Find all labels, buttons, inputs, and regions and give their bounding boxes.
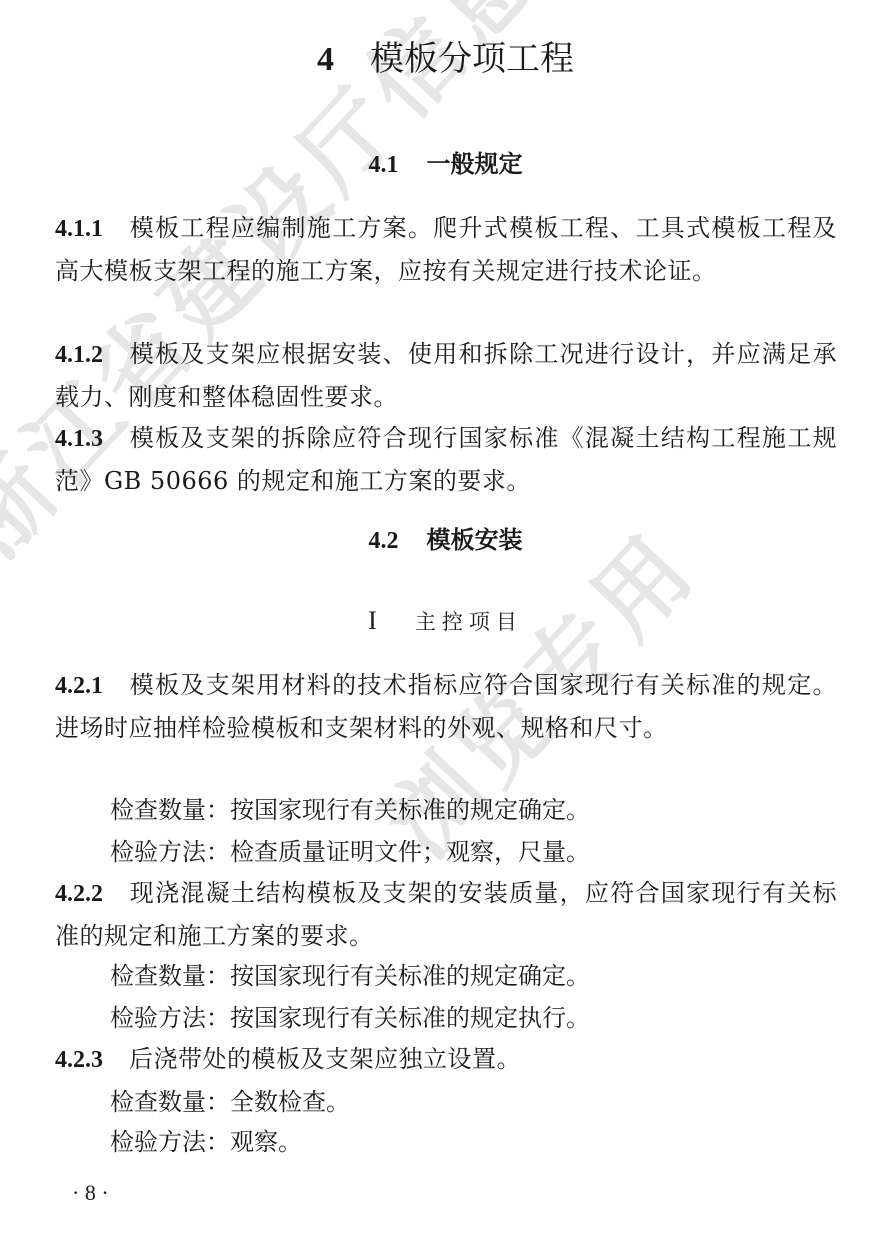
section-title-text: 模板安装 [427, 525, 523, 554]
clause-text: 现浇混凝土结构模板及支架的安装质量，应符合国家现行有关标准的规定和施工方案的要求… [55, 879, 837, 950]
chapter-number: 4 [317, 41, 334, 78]
document-page: 4模板分项工程 4.1一般规定 4.1.1模板工程应编制施工方案。爬升式模板工程… [0, 0, 891, 1258]
clause-text: 模板及支架应根据安装、使用和拆除工况进行设计，并应满足承载力、刚度和整体稳固性要… [55, 340, 837, 411]
chapter-title-text: 模板分项工程 [370, 39, 574, 79]
section-title-text: 一般规定 [427, 149, 523, 178]
subsection-title-main-control: I主控项目 [0, 604, 891, 639]
check-quantity-4-2-3: 检查数量：全数检查。 [110, 1082, 350, 1122]
section-number: 4.1 [369, 152, 399, 178]
clause-text: 模板及支架的拆除应符合现行国家标准《混凝土结构工程施工规范》GB 50666 的… [55, 424, 837, 495]
clause-text: 模板工程应编制施工方案。爬升式模板工程、工具式模板工程及高大模板支架工程的施工方… [55, 214, 837, 285]
clause-4-2-1: 4.2.1模板及支架用材料的技术指标应符合国家现行有关标准的规定。进场时应抽样检… [55, 664, 837, 749]
subsection-roman: I [368, 606, 377, 635]
clause-4-1-1: 4.1.1模板工程应编制施工方案。爬升式模板工程、工具式模板工程及高大模板支架工… [55, 207, 837, 292]
section-title-4-2: 4.2模板安装 [0, 522, 891, 559]
chapter-title: 4模板分项工程 [0, 33, 891, 86]
page-number: · 8 · [72, 1180, 109, 1206]
clause-number: 4.2.3 [55, 1047, 103, 1073]
section-title-4-1: 4.1一般规定 [0, 146, 891, 183]
clause-number: 4.1.1 [55, 216, 103, 242]
clause-text: 模板及支架用材料的技术指标应符合国家现行有关标准的规定。进场时应抽样检验模板和支… [55, 671, 837, 742]
subsection-title-text: 主控项目 [415, 610, 523, 634]
clause-number: 4.1.2 [55, 342, 103, 368]
clause-4-1-3: 4.1.3模板及支架的拆除应符合现行国家标准《混凝土结构工程施工规范》GB 50… [55, 417, 837, 502]
check-quantity-4-2-2: 检查数量：按国家现行有关标准的规定确定。 [110, 956, 590, 996]
clause-4-2-2: 4.2.2现浇混凝土结构模板及支架的安装质量，应符合国家现行有关标准的规定和施工… [55, 872, 837, 957]
clause-number: 4.2.1 [55, 673, 103, 699]
clause-number: 4.1.3 [55, 426, 103, 452]
section-number: 4.2 [369, 528, 399, 554]
check-method-4-2-2: 检验方法：按国家现行有关标准的规定执行。 [110, 998, 590, 1038]
clause-number: 4.2.2 [55, 881, 103, 907]
clause-4-1-2: 4.1.2模板及支架应根据安装、使用和拆除工况进行设计，并应满足承载力、刚度和整… [55, 333, 837, 418]
clause-text: 后浇带处的模板及支架应独立设置。 [129, 1045, 521, 1073]
clause-4-2-3: 4.2.3后浇带处的模板及支架应独立设置。 [55, 1038, 837, 1081]
check-method-4-2-1: 检验方法：检查质量证明文件；观察，尺量。 [110, 832, 590, 872]
check-quantity-4-2-1: 检查数量：按国家现行有关标准的规定确定。 [110, 790, 590, 830]
check-method-4-2-3: 检验方法：观察。 [110, 1122, 302, 1162]
